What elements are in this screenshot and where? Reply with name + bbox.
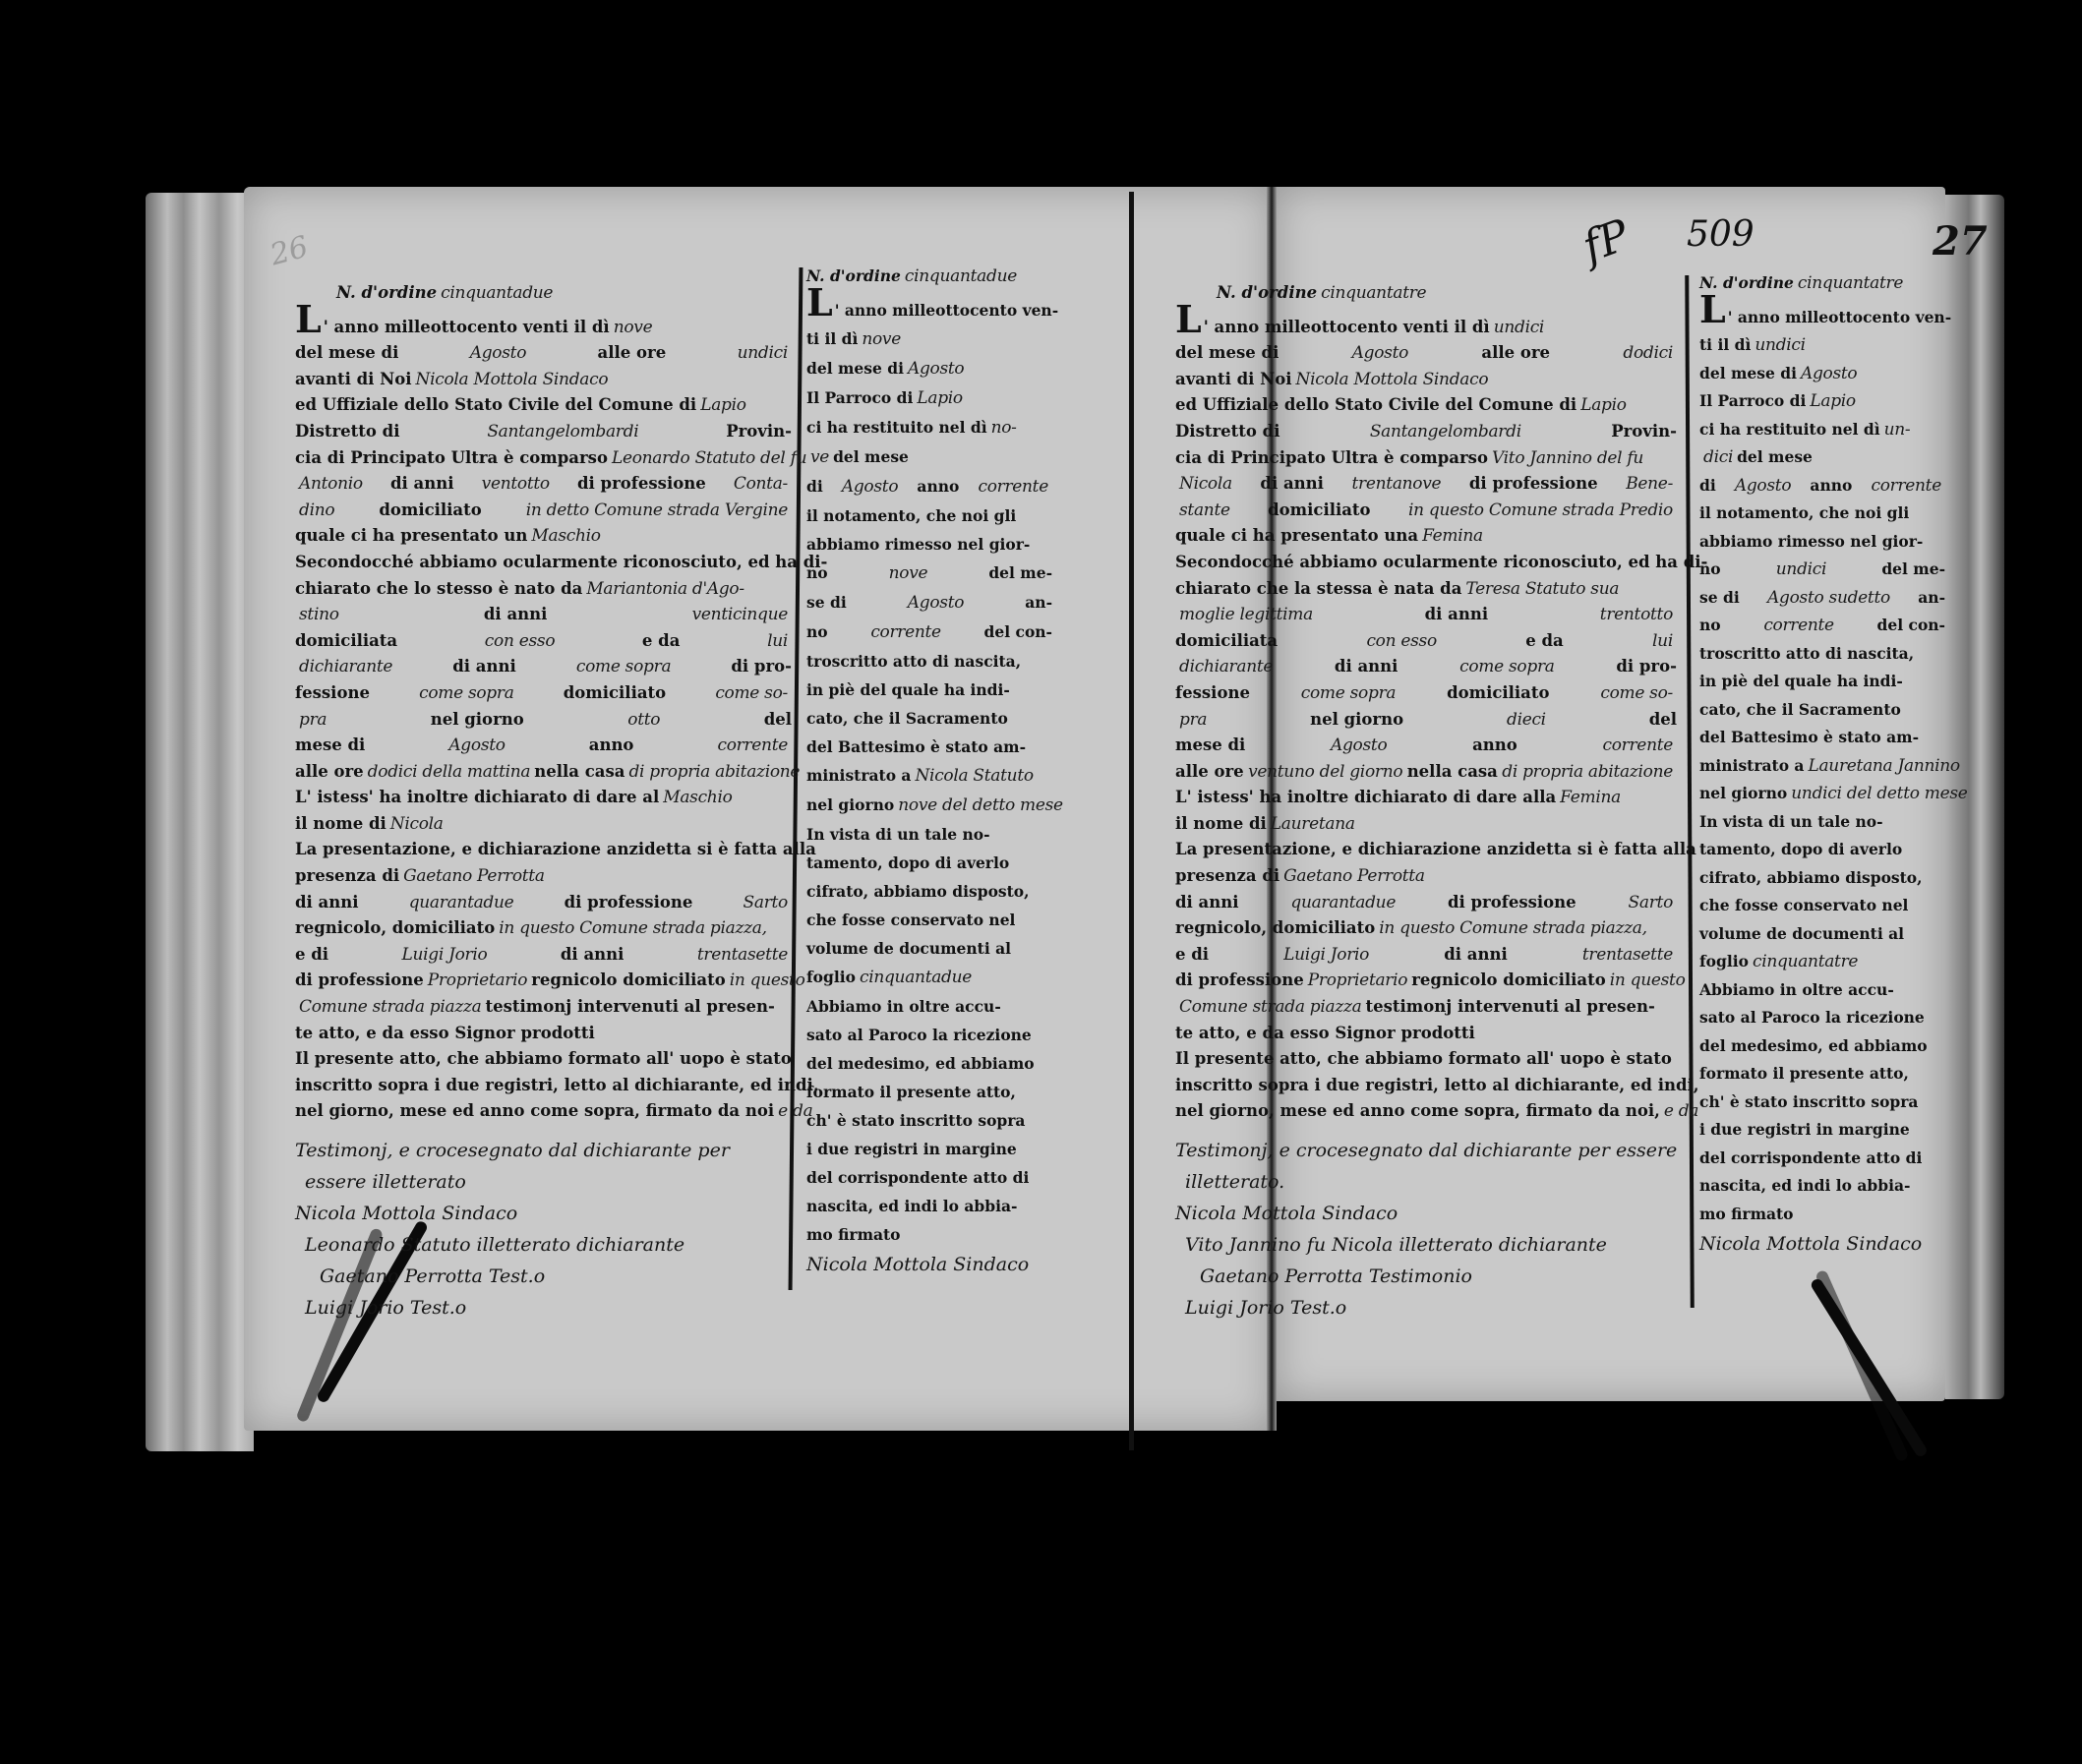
act-line: mo firmato [806,1220,1052,1249]
handwritten-entry: no- [991,414,1017,442]
act-line: fogliocinquantadue [806,963,1052,992]
ordine-value: cinquantadue [441,280,553,307]
handwritten-entry: Agosto [1352,340,1408,367]
handwritten-entry: ve [810,443,829,472]
handwritten-entry: Nicola Mottola Sindaco [1296,367,1489,393]
act-line: mese diAgostoannocorrente [1175,733,1677,759]
printed-text: nel giorno, mese ed anno come sopra, fir… [295,1098,774,1125]
printed-text: ci ha restituito nel dì [1699,416,1880,444]
printed-text: del me- [1881,556,1945,584]
handwritten-entry: corrente [1871,472,1941,500]
handwritten-line: Gaetano Perrotta Test.o [295,1261,792,1292]
printed-text: alle ore [598,340,667,367]
act-line: tamento, dopo di averlo [806,849,1052,877]
printed-text: del me- [988,559,1052,587]
printed-text: in piè del quale ha indi- [1699,668,1903,696]
left-page-main-act: N. d'ordine cinquantadue L' anno milleot… [295,280,792,1323]
printed-text: nel giorno [806,791,894,819]
act-line: moglie legittimadi annitrentotto [1175,602,1677,628]
act-line: inscritto sopra i due registri, letto al… [295,1073,792,1099]
printed-text: Il Parroco di [806,383,913,412]
handwritten-entry: pra [1179,707,1207,734]
act-line: troscritto atto di nascita, [1699,640,1945,669]
handwritten-entry: Lapio [917,384,962,413]
printed-text: an- [1025,588,1052,617]
handwritten-entry: quarantadue [1290,890,1396,916]
act-line: abbiamo rimesso nel gior- [1699,528,1945,557]
printed-text: sato al Paroco la ricezione [806,1021,1032,1049]
printed-text: domiciliata [1175,628,1278,655]
printed-text: tamento, dopo di averlo [1699,836,1902,864]
act-line: nonovedel me- [806,559,1052,588]
act-line: tamento, dopo di averlo [1699,836,1945,864]
printed-text: di pro- [1616,654,1677,680]
printed-text: di anni [561,942,625,969]
act-line: domiciliatacon essoe dalui [1175,628,1677,655]
handwritten-line: Nicola Mottola Sindaco [1175,1198,1677,1229]
handwritten-entry: Comune strada piazza [299,994,481,1021]
act-line: domiciliatacon essoe dalui [295,628,792,655]
printed-text: del mese di [1175,340,1279,367]
printed-text: avanti di Noi [1175,367,1292,393]
act-line: del mese diAgosto [1699,360,1945,388]
signature: Nicola Mottola Sindaco [1699,1228,1945,1260]
handwritten-entry: Bene- [1626,471,1673,498]
handwritten-line: Vito Jannino fu Nicola illetterato dichi… [1175,1229,1677,1261]
act-line: Nicoladi annitrentanovedi professioneBen… [1175,471,1677,498]
act-line: noundicidel me- [1699,556,1945,584]
handwritten-entry: dichiarante [299,654,392,680]
printed-text: domiciliato [1447,680,1549,707]
handwritten-entry: Lauretana [1271,811,1355,838]
handwritten-entry: pra [299,707,327,734]
printed-text: di anni [452,654,516,680]
handwritten-entry: dino [299,498,334,524]
act-line: ministrato aLauretana Jannino [1699,752,1945,781]
signatures-block: Nicola Mottola SindacoVito Jannino fu Ni… [1175,1198,1677,1323]
printed-text: no [1699,612,1721,640]
act-line: di anniquarantaduedi professioneSarto [295,890,792,916]
handwritten-entry: Santangelombardi [487,419,638,445]
printed-text: ed Uffiziale dello Stato Civile del Comu… [1175,392,1576,419]
act-line: mese diAgostoannocorrente [295,733,792,759]
act-line: cifrato, abbiamo disposto, [1699,864,1945,893]
handwritten-entry: con esso [485,628,555,655]
act-line: stantedomiciliatoin questo Comune strada… [1175,498,1677,524]
signature: Nicola Mottola Sindaco [806,1249,1052,1280]
act-line: che fosse conservato nel [1699,892,1945,920]
right-page-margin-act: N. d'ordine cinquantatre L' anno milleot… [1699,270,1945,1260]
act-line: ed Uffiziale dello Stato Civile del Comu… [295,392,792,419]
printed-text: formato il presente atto, [806,1078,1016,1106]
handwritten-entry: lui [767,628,788,655]
act-line: troscritto atto di nascita, [806,647,1052,676]
handwritten-entry: Luigi Jorio [402,942,488,969]
printed-text: Il Parroco di [1699,387,1806,416]
ordine-label: N. d'ordine [1217,280,1317,307]
handwritten-entry: Agosto [908,589,964,617]
printed-text: regnicolo domiciliato [531,968,726,994]
handwritten-entry: cinquantadue [860,964,972,992]
printed-text: di professione [295,968,424,994]
printed-text: volume de documenti al [806,934,1011,963]
handwritten-entry: trentotto [1600,602,1673,628]
stamp-number: 509 [1687,214,1755,255]
act-line: Distretto diSantangelombardiProvin- [295,419,792,445]
printed-text: ' anno milleottocento venti il dì [324,315,610,341]
printed-text: del mese di [295,340,398,367]
act-line: abbiamo rimesso nel gior- [806,530,1052,559]
printed-text: domiciliato [379,498,481,524]
printed-text: in piè del quale ha indi- [806,676,1010,704]
act-line: inscritto sopra i due registri, letto al… [1175,1073,1677,1099]
printed-text: Distretto di [295,419,399,445]
handwritten-entry: otto [627,707,660,734]
printed-text: cia di Principato Ultra è comparso [295,445,608,472]
drop-cap: L [1175,307,1202,332]
handwritten-entry: come so- [715,680,788,707]
printed-text: Abbiamo in oltre accu- [1699,976,1894,1005]
handwritten-entry: Femina [1560,785,1621,811]
handwritten-entry: un- [1884,416,1911,444]
handwritten-entry: in questo Comune strada Predio [1408,498,1673,524]
act-body: L' anno milleottocento venti il dìundici… [1175,307,1677,1125]
printed-text: alle ore [1481,340,1550,367]
printed-text: nel giorno [1699,780,1787,808]
act-line: L' istess' ha inoltre dichiarato di dare… [295,785,792,811]
printed-text: di anni [295,890,359,916]
printed-text: te atto, e da esso Signor prodotti [1175,1021,1475,1047]
closing-text: Testimonj, e crocesegnato dal dichiarant… [1175,1135,1677,1198]
printed-text: domiciliato [564,680,666,707]
handwritten-entry: Comune strada piazza [1179,994,1361,1021]
act-line: fogliocinquantatre [1699,948,1945,976]
handwritten-entry: Gaetano Perrotta [1283,863,1425,890]
handwritten-entry: undici [1755,331,1805,360]
printed-text: ch' è stato inscritto sopra [806,1106,1025,1135]
act-body: L' anno milleottocento venti il dìnovede… [295,307,792,1125]
printed-text: che fosse conservato nel [806,906,1015,934]
printed-text: presenza di [1175,863,1279,890]
printed-text: abbiamo rimesso nel gior- [806,530,1030,559]
printed-text: di professione [577,471,706,498]
printed-text: i due registri in margine [806,1135,1017,1163]
handwritten-entry: Vito Jannino del fu [1492,445,1643,472]
printed-text: se di [806,588,847,617]
handwritten-entry: undici [1776,556,1826,584]
act-line: regnicolo, domiciliatoin questo Comune s… [1175,915,1677,942]
printed-text: Abbiamo in oltre accu- [806,992,1001,1021]
act-line: del corrispondente atto di [1699,1145,1945,1173]
act-line: il nome diLauretana [1175,811,1677,838]
printed-text: ministrato a [1699,752,1804,781]
printed-text: del medesimo, ed abbiamo [806,1049,1035,1078]
printed-text: mese di [295,733,365,759]
printed-text: mese di [1175,733,1245,759]
act-line: del mese diAgostoalle oredodici [1175,340,1677,367]
signatures-block: Nicola Mottola SindacoLeonardo Statuto i… [295,1198,792,1323]
handwritten-line: Testimonj, e crocesegnato dal dichiarant… [295,1135,792,1166]
act-line: del mese diAgostoalle oreundici [295,340,792,367]
printed-text: Provin- [726,419,792,445]
drop-cap: L [295,307,322,332]
act-line: volume de documenti al [806,934,1052,963]
printed-text: ' anno milleottocento ven- [1728,304,1951,332]
act-line: volume de documenti al [1699,920,1945,949]
handwritten-entry: trentasette [697,942,788,969]
act-line: fessionecome sopradomiciliatocome so- [295,680,792,707]
act-line: nel giorno, mese ed anno come sopra, fir… [1175,1098,1677,1125]
act-line: cia di Principato Ultra è comparsoLeonar… [295,445,792,472]
printed-text: Provin- [1611,419,1677,445]
handwritten-entry: Lapio [1810,387,1855,416]
printed-text: e da [1525,628,1563,655]
printed-text: Distretto di [1175,419,1279,445]
printed-text: L' istess' ha inoltre dichiarato di dare… [295,785,659,811]
handwritten-entry: Agosto [470,340,526,367]
handwritten-entry: Nicola Statuto [915,762,1033,791]
printed-text: alle ore [1175,759,1244,786]
act-line: diAgostoannocorrente [1699,472,1945,500]
handwritten-entry: corrente [978,473,1048,501]
printed-text: tamento, dopo di averlo [806,849,1009,877]
act-line: presenza diGaetano Perrotta [1175,863,1677,890]
act-line: in piè del quale ha indi- [1699,668,1945,696]
printed-text: Il presente atto, che abbiamo formato al… [1175,1046,1672,1073]
printed-text: di [1699,472,1716,500]
act-line: L' istess' ha inoltre dichiarato di dare… [1175,785,1677,811]
act-line: cifrato, abbiamo disposto, [806,877,1052,906]
printed-text: il nome di [1175,811,1267,838]
act-line: cato, che il Sacramento [1699,696,1945,725]
act-line: di professioneProprietarioregnicolo domi… [1175,968,1677,994]
handwritten-entry: Teresa Statuto sua [1465,576,1619,603]
act-line: Antoniodi anniventottodi professioneCont… [295,471,792,498]
printed-text: regnicolo, domiciliato [295,915,495,942]
printed-text: se di [1699,584,1740,613]
handwritten-entry: Nicola Mottola Sindaco [416,367,609,393]
handwritten-entry: Antonio [299,471,363,498]
printed-text: an- [1918,584,1945,613]
act-line: e diLuigi Joriodi annitrentasette [1175,942,1677,969]
handwritten-line: illetterato. [1175,1166,1677,1198]
printed-text: e di [295,942,328,969]
printed-text: nella casa [1407,759,1498,786]
printed-text: del Battesimo è stato am- [1699,724,1919,752]
printed-text: troscritto atto di nascita, [1699,640,1914,669]
printed-text: ministrato a [806,761,911,790]
printed-text: chiarato che la stessa è nata da [1175,576,1461,603]
handwritten-entry: e da [1664,1098,1698,1125]
printed-text: ti il dì [1699,331,1751,360]
act-line: avanti di NoiNicola Mottola Sindaco [295,367,792,393]
left-page-margin-act: N. d'ordine cinquantadue L' anno milleot… [806,264,1052,1280]
handwritten-entry: Agosto [842,473,898,501]
act-line: diAgostoannocorrente [806,472,1052,501]
printed-text: di professione [1469,471,1598,498]
act-line: te atto, e da esso Signor prodotti [295,1021,792,1047]
ordine-value: cinquantadue [905,264,1017,290]
printed-text: avanti di Noi [295,367,412,393]
act-line: i due registri in margine [1699,1116,1945,1145]
printed-text: anno [1472,733,1517,759]
handwritten-entry: quarantadue [409,890,514,916]
handwritten-entry: di propria abitazione [1502,759,1673,786]
printed-text: ed Uffiziale dello Stato Civile del Comu… [295,392,696,419]
act-line: in piè del quale ha indi- [806,676,1052,704]
act-line: ci ha restituito nel dìun- [1699,416,1945,444]
printed-text: foglio [806,963,856,991]
printed-text: il notamento, che noi gli [1699,500,1909,528]
act-line: mo firmato [1699,1201,1945,1229]
handwritten-line: Testimonj, e crocesegnato dal dichiarant… [1175,1135,1677,1166]
printed-text: cifrato, abbiamo disposto, [1699,864,1923,893]
handwritten-entry: nove del detto mese [898,792,1063,820]
handwritten-entry: Santangelombardi [1370,419,1521,445]
handwritten-entry: Gaetano Perrotta [403,863,545,890]
act-line: alle oreventuno del giornonella casadi p… [1175,759,1677,786]
printed-text: del mese [1737,443,1813,472]
handwritten-entry: Lapio [1580,392,1626,419]
printed-text: testimonj intervenuti al presen- [1365,994,1654,1021]
act-line: nascita, ed indi lo abbia- [1699,1172,1945,1201]
handwritten-entry: dici [1703,443,1733,472]
act-line: chiarato che lo stesso è nato daMarianto… [295,576,792,603]
handwritten-line: Luigi Jorio Test.o [1175,1292,1677,1323]
handwritten-entry: Agosto [1801,360,1857,388]
act-line: In vista di un tale no- [1699,808,1945,837]
printed-text: In vista di un tale no- [806,820,990,849]
handwritten-entry: undici [738,340,788,367]
printed-text: di professione [565,890,693,916]
act-line: Abbiamo in oltre accu- [1699,976,1945,1005]
handwritten-entry: nove [889,559,928,588]
printed-text: il nome di [295,811,387,838]
printed-text: fessione [1175,680,1250,707]
act-line: del medesimo, ed abbiamo [806,1049,1052,1078]
printed-text: fessione [295,680,370,707]
handwritten-entry: moglie legittima [1179,602,1313,628]
printed-text: mo firmato [1699,1201,1794,1229]
handwritten-entry: Lapio [700,392,745,419]
printed-text: che fosse conservato nel [1699,892,1908,920]
printed-text: domiciliata [295,628,397,655]
handwritten-entry: di propria abitazione [628,759,800,786]
act-line: del mese diAgosto [806,354,1052,383]
printed-text: i due registri in margine [1699,1116,1910,1145]
handwritten-entry: in detto Comune strada Vergine [526,498,788,524]
handwritten-line: Luigi Jorio Test.o [295,1292,792,1323]
handwritten-entry: Agosto [908,355,964,383]
act-line: nel giorno, mese ed anno come sopra, fir… [295,1098,792,1125]
printed-text: regnicolo domiciliato [1411,968,1606,994]
closing-text: Testimonj, e crocesegnato dal dichiarant… [295,1135,792,1198]
printed-text: In vista di un tale no- [1699,808,1883,837]
act-line: di anniquarantaduedi professioneSarto [1175,890,1677,916]
handwritten-entry: stino [299,602,339,628]
act-line: stinodi anniventicinque [295,602,792,628]
handwritten-entry: undici del detto mese [1791,780,1967,808]
printed-text: ' anno milleottocento ven- [835,296,1058,324]
act-line: La presentazione, e dichiarazione anzide… [295,837,792,863]
act-line: quale ci ha presentato unMaschio [295,523,792,550]
printed-text: domiciliato [1268,498,1370,524]
printed-text: anno [1810,472,1852,500]
printed-text: cato, che il Sacramento [1699,696,1901,725]
printed-text: volume de documenti al [1699,920,1904,949]
handwritten-entry: in questo [730,968,805,994]
act-line: Il presente atto, che abbiamo formato al… [295,1046,792,1073]
printed-text: L' istess' ha inoltre dichiarato di dare… [1175,785,1556,811]
act-line: il notamento, che noi gli [806,501,1052,530]
printed-text: e di [1175,942,1209,969]
printed-text: di anni [1175,890,1239,916]
handwritten-entry: ventuno del giorno [1248,759,1402,786]
gutter-line [1129,192,1134,1450]
folio-number-right: 27 [1933,218,1988,265]
act-line: ch' è stato inscritto sopra [806,1106,1052,1135]
act-line: L' anno milleottocento ven- [1699,297,1945,332]
printed-text: del corrispondente atto di [806,1163,1029,1192]
printed-text: di professione [1175,968,1304,994]
printed-text: del [1649,707,1677,734]
printed-text: ci ha restituito nel dì [806,413,987,441]
handwritten-entry: Agosto [448,733,505,759]
handwritten-entry: Maschio [531,523,600,550]
printed-text: abbiamo rimesso nel gior- [1699,528,1923,557]
act-line: regnicolo, domiciliatoin questo Comune s… [295,915,792,942]
printed-text: ' anno milleottocento venti il dì [1204,315,1490,341]
ordine-label: N. d'ordine [336,280,437,307]
printed-text: ch' è stato inscritto sopra [1699,1088,1918,1117]
act-line: i due registri in margine [806,1135,1052,1163]
printed-text: te atto, e da esso Signor prodotti [295,1021,595,1047]
handwritten-entry: ventotto [482,471,550,498]
printed-text: anno [589,733,634,759]
printed-text: del [764,707,792,734]
act-line: Il Parroco diLapio [806,383,1052,413]
act-line: sato al Paroco la ricezione [806,1021,1052,1049]
act-line: L' anno milleottocento venti il dìnove [295,307,792,341]
printed-text: inscritto sopra i due registri, letto al… [1175,1073,1699,1099]
handwritten-entry: lui [1652,628,1673,655]
handwritten-entry: Sarto [1629,890,1673,916]
printed-text: del mese di [1699,360,1797,388]
handwritten-entry: venticinque [692,602,788,628]
handwritten-entry: Agosto [1735,472,1791,500]
act-line: nel giornoundici del detto mese [1699,780,1945,808]
act-line: pranel giornoottodel [295,707,792,734]
act-line: ministrato aNicola Statuto [806,761,1052,791]
act-line: dichiarantedi annicome sopradi pro- [295,654,792,680]
printed-text: alle ore [295,759,364,786]
printed-text: cia di Principato Ultra è comparso [1175,445,1488,472]
handwritten-line: Gaetano Perrotta Testimonio [1175,1261,1677,1292]
act-line: nascita, ed indi lo abbia- [806,1192,1052,1220]
drop-cap: L [1699,297,1726,323]
act-line: L' anno milleottocento venti il dìundici [1175,307,1677,341]
ordine-value: cinquantatre [1798,270,1903,297]
act-line: del corrispondente atto di [806,1163,1052,1192]
act-line: dichiarantedi annicome sopradi pro- [1175,654,1677,680]
act-line: nocorrentedel con- [1699,612,1945,640]
act-line: il nome diNicola [295,811,792,838]
printed-text: troscritto atto di nascita, [806,647,1021,676]
handwritten-entry: come sopra [419,680,513,707]
act-line: Comune strada piazzatestimonj intervenut… [1175,994,1677,1021]
handwritten-entry: Lauretana Jannino [1808,752,1959,781]
handwritten-line: Nicola Mottola Sindaco [295,1198,792,1229]
